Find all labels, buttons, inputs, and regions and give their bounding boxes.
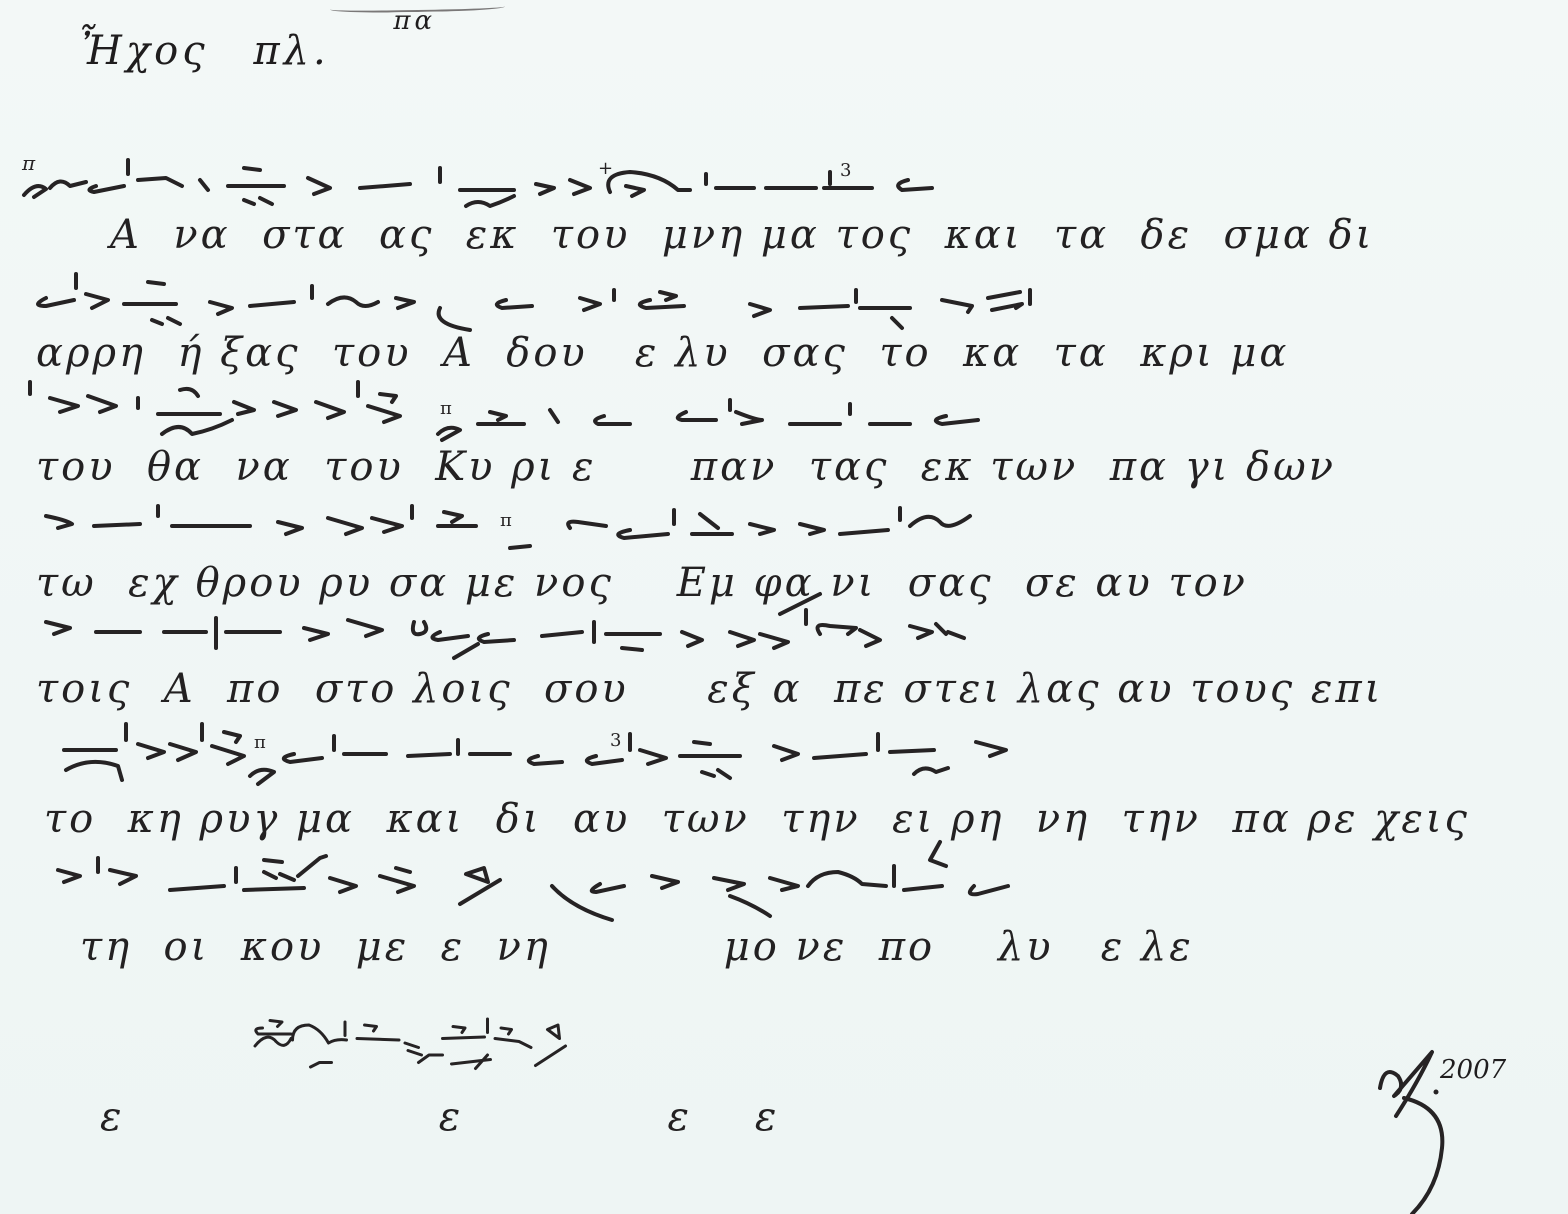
svg-text:π: π <box>500 510 512 531</box>
svg-text:3: 3 <box>840 160 851 181</box>
manuscript-page: Ἦχος πλ. πα π <box>0 0 1568 1214</box>
lyric-line-5: τοις Α πο στο λοις σου εξ α πε στει λας … <box>36 666 1383 712</box>
lyric-line-6: το κη ρυγ μα και δι αυ των την ει ρη νη … <box>44 796 1470 842</box>
svg-text:π: π <box>21 151 36 175</box>
neume-line-1: π + <box>30 150 1530 210</box>
neume-glyphs-icon: π <box>30 496 1530 556</box>
neume-glyphs-icon: π 3 <box>30 728 1530 788</box>
neume-line-4: π <box>30 496 1530 556</box>
svg-text:3: 3 <box>610 730 621 751</box>
neume-line-5 <box>30 614 1530 674</box>
neume-glyphs-icon: π + <box>30 150 1530 210</box>
mode-heading: Ἦχος πλ. πα <box>78 28 330 74</box>
neume-line-8 <box>30 1010 1530 1070</box>
lyric-line-7: τη οι κου με ε νη μο νε πο λυ ε λε <box>80 924 1194 970</box>
lyric-line-1: Α να στα ας εκ του μνη μα τος και τα δε … <box>110 212 1374 258</box>
svg-text:π: π <box>254 732 266 753</box>
neume-glyphs-icon <box>30 268 1530 328</box>
lyric-line-3: του θα να του Κυ ρι ε παν τας εκ των πα … <box>36 444 1336 490</box>
signature-year: 2007 <box>1440 1055 1506 1085</box>
neume-line-6: π 3 <box>30 728 1530 788</box>
svg-text:π: π <box>440 398 452 419</box>
neume-line-3: π <box>30 384 1530 444</box>
neume-glyphs-icon <box>30 852 1530 912</box>
mode-heading-mode: πλ. πα <box>253 28 329 74</box>
neume-line-7 <box>30 852 1530 912</box>
mode-heading-word: Ἦχος <box>78 28 209 74</box>
neume-glyphs-icon <box>30 1010 1530 1070</box>
lyric-line-4: τω εχ θρου ρυ σα με νος Εμ φα νι σας σε … <box>36 560 1248 606</box>
lyric-line-2: αρρη ή ξας του Α δου ε λυ σας το κα τα κ… <box>36 330 1289 376</box>
neume-line-2 <box>30 268 1530 328</box>
neume-glyphs-icon <box>30 614 1530 674</box>
mode-martyria: πα <box>393 6 436 36</box>
neume-glyphs-icon: π <box>30 384 1530 444</box>
lyric-line-8: ε ε ε ε <box>100 1094 779 1140</box>
